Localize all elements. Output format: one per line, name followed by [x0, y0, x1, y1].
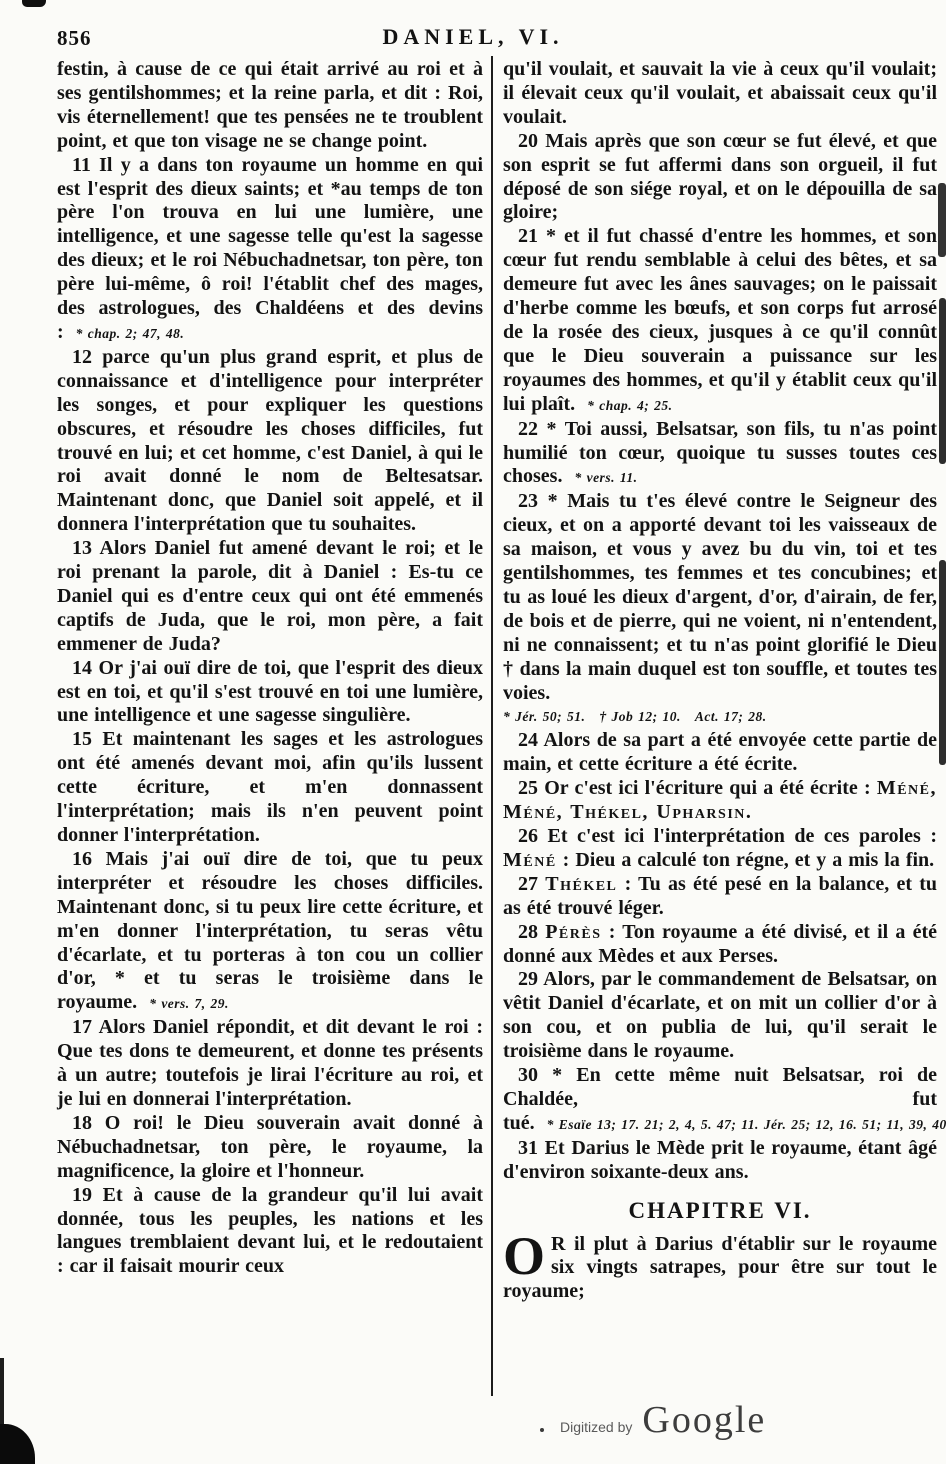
scan-artifact-right-edge-3	[939, 560, 946, 765]
verse-text: 17 Alors Daniel répondit, et dit devant …	[57, 1016, 483, 1110]
verse-text: 25 Or c'est ici l'écriture qui a été écr…	[518, 777, 877, 799]
verse-text: 18 O roi! le Dieu souverain avait donné …	[57, 1112, 483, 1182]
verse-15: 15 Et maintenant les sages et les astrol…	[57, 728, 483, 848]
cross-reference: * Jér. 50; 51. † Job 12; 10. Act. 17; 28…	[503, 705, 937, 729]
verse-25: 25 Or c'est ici l'écriture qui a été écr…	[503, 777, 937, 825]
verse-17: 17 Alors Daniel répondit, et dit devant …	[57, 1016, 483, 1112]
verse-text: 15 Et maintenant les sages et les astrol…	[57, 728, 483, 846]
verse-30: 30 * En cette même nuit Belsatsar, roi d…	[503, 1064, 937, 1137]
verse-28: 28 Pérès : Ton royaume a été divisé, et …	[503, 921, 937, 969]
verse-text: festin, à cause de ce qui était arrivé a…	[57, 58, 483, 152]
page-footer: Digitized by Google	[560, 1398, 766, 1442]
cross-reference: * chap. 4; 25.	[587, 398, 672, 413]
verse-text: 19 Et à cause de la grandeur qu'il lui a…	[57, 1184, 483, 1278]
cross-reference: * vers. 11.	[574, 470, 637, 485]
cross-reference: * chap. 2; 47, 48.	[76, 326, 185, 341]
scan-artifact-right-edge-2	[939, 298, 946, 464]
verse-26: 26 Et c'est ici l'interprétation de ces …	[503, 825, 937, 873]
chapter6-verse-1: OR il plut à Darius d'établir sur le roy…	[503, 1233, 937, 1305]
verse-text: 23 * Mais tu t'es élevé contre le Seigne…	[503, 490, 937, 703]
verse-text: : Dieu a calculé ton régne, et y a mis l…	[557, 849, 935, 871]
page-header: 856 DANIEL, VI.	[0, 24, 946, 56]
continuation-paragraph: festin, à cause de ce qui était arrivé a…	[57, 58, 483, 154]
book-page-scan: 856 DANIEL, VI. festin, à cause de ce qu…	[0, 0, 946, 1464]
verse-27: 27 Thékel : Tu as été pesé en la balance…	[503, 873, 937, 921]
verse-text: 31 Et Darius le Mède prit le royaume, ét…	[503, 1137, 937, 1183]
verse-text: R il plut à Darius d'établir sur le roya…	[503, 1233, 937, 1303]
scan-artifact-left-edge-line	[0, 1358, 4, 1430]
verse-29: 29 Alors, par le commandement de Belsats…	[503, 968, 937, 1064]
chapter-heading: CHAPITRE VI.	[503, 1199, 937, 1223]
continuation-paragraph: qu'il voulait, et sauvait la vie à ceux …	[503, 58, 937, 130]
small-caps-word: Pérès	[545, 921, 601, 943]
verse-text: 24 Alors de sa part a été envoyée cette …	[503, 729, 937, 775]
verse-text: 16 Mais j'ai ouï dire de toi, que tu peu…	[57, 848, 483, 1013]
verse-19: 19 Et à cause de la grandeur qu'il lui a…	[57, 1184, 483, 1280]
scan-artifact-top-left	[22, 0, 46, 7]
verse-text: 13 Alors Daniel fut amené devant le roi;…	[57, 537, 483, 655]
verse-11: 11 Il y a dans ton royaume un homme en q…	[57, 154, 483, 346]
verse-text: 28	[518, 921, 545, 943]
verse-text: 29 Alors, par le commandement de Belsats…	[503, 968, 937, 1062]
cross-reference: * vers. 7, 29.	[149, 996, 229, 1011]
verse-31: 31 Et Darius le Mède prit le royaume, ét…	[503, 1137, 937, 1185]
verse-12: 12 parce qu'un plus grand esprit, et plu…	[57, 346, 483, 537]
verse-13: 13 Alors Daniel fut amené devant le roi;…	[57, 537, 483, 657]
digitized-by-label: Digitized by	[560, 1419, 632, 1435]
verse-text: 14 Or j'ai ouï dire de toi, que l'esprit…	[57, 657, 483, 727]
verse-18: 18 O roi! le Dieu souverain avait donné …	[57, 1112, 483, 1184]
verse-text: 20 Mais après que son cœur se fut élevé,…	[503, 130, 937, 224]
small-caps-word: Méné	[503, 849, 557, 871]
verse-text: qu'il voulait, et sauvait la vie à ceux …	[503, 58, 937, 128]
scan-artifact-ink-dot	[540, 1428, 544, 1432]
page-title: DANIEL, VI.	[0, 24, 946, 50]
google-logo: Google	[642, 1398, 766, 1442]
verse-21: 21 * et il fut chassé d'entre les hommes…	[503, 225, 937, 417]
verse-text: 12 parce qu'un plus grand esprit, et plu…	[57, 346, 483, 535]
scan-artifact-right-edge-1	[938, 183, 946, 257]
verse-text: 21 * et il fut chassé d'entre les hommes…	[503, 225, 937, 414]
verse-24: 24 Alors de sa part a été envoyée cette …	[503, 729, 937, 777]
drop-cap: O	[503, 1233, 551, 1277]
left-column: festin, à cause de ce qui était arrivé a…	[57, 58, 483, 1279]
verse-14: 14 Or j'ai ouï dire de toi, que l'esprit…	[57, 657, 483, 729]
verse-text: 27	[518, 873, 545, 895]
verse-23: 23 * Mais tu t'es élevé contre le Seigne…	[503, 490, 937, 729]
small-caps-word: Thékel	[545, 873, 617, 895]
verse-16: 16 Mais j'ai ouï dire de toi, que tu peu…	[57, 848, 483, 1016]
verse-text: 26 Et c'est ici l'interprétation de ces …	[518, 825, 937, 847]
verse-20: 20 Mais après que son cœur se fut élevé,…	[503, 130, 937, 226]
verse-text: 11 Il y a dans ton royaume un homme en q…	[57, 154, 483, 343]
verse-text: 22 * Toi aussi, Belsatsar, son fils, tu …	[503, 418, 937, 488]
column-divider	[491, 56, 493, 1396]
verse-22: 22 * Toi aussi, Belsatsar, son fils, tu …	[503, 418, 937, 491]
scan-artifact-corner-blob	[0, 1424, 35, 1464]
cross-reference: * Esaïe 13; 17. 21; 2, 4, 5. 47; 11. Jér…	[547, 1117, 946, 1132]
right-column: qu'il voulait, et sauvait la vie à ceux …	[503, 58, 937, 1304]
